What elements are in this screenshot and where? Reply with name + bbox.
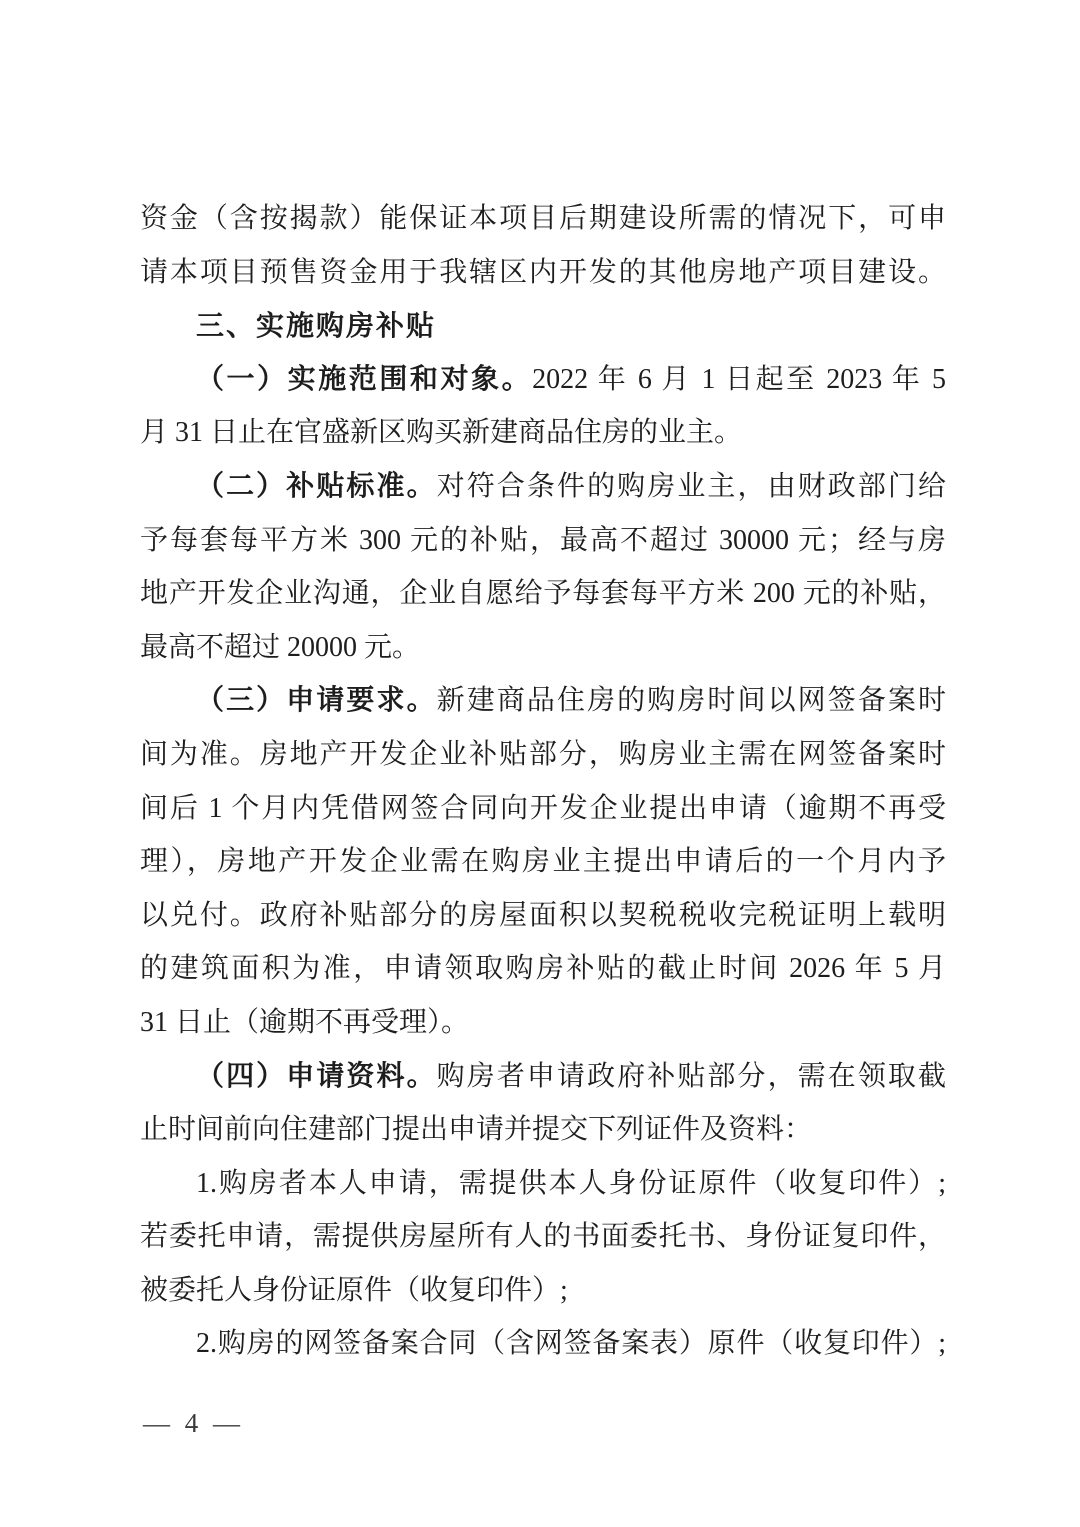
list-item: 2.购房的网签备案合同（含网签备案表）原件（收复印件）; <box>140 1317 946 1371</box>
subsection-label: （四）申请资料。 <box>196 1061 437 1092</box>
subsection-label: （三）申请要求。 <box>196 685 437 716</box>
section-heading: 三、实施购房补贴 <box>140 299 946 353</box>
text-segment: 间后 1 个月内凭借网签合同向开发企业提出申请（逾期不再受 <box>140 793 946 824</box>
text-segment: 最高不超过 20000 元。 <box>140 632 420 663</box>
text-line: （四）申请资料。购房者申请政府补贴部分，需在领取截 <box>140 1050 946 1104</box>
page-number: — 4 — <box>143 1408 244 1438</box>
text-segment: 理），房地产开发企业需在购房业主提出申请后的一个月内予 <box>140 846 946 877</box>
list-item: 1.购房者本人申请，需提供本人身份证原件（收复印件）; <box>140 1157 946 1211</box>
text-line: 止时间前向住建部门提出申请并提交下列证件及资料： <box>140 1103 946 1157</box>
text-segment: 对符合条件的购房业主，由财政部门给 <box>437 471 946 502</box>
text-segment: 地产开发企业沟通，企业自愿给予每套每平方米 200 元的补贴， <box>140 578 946 609</box>
document-page: 资金（含按揭款）能保证本项目后期建设所需的情况下，可申 请本项目预售资金用于我辖… <box>0 0 1080 1527</box>
text-segment: 新建商品住房的购房时间以网签备案时 <box>437 685 946 716</box>
text-segment: 的建筑面积为准，申请领取购房补贴的截止时间 2026 年 5 月 <box>140 953 946 984</box>
text-segment: 2022 年 6 月 1 日起至 2023 年 5 <box>532 364 946 395</box>
text-segment: 2.购房的网签备案合同（含网签备案表）原件（收复印件）; <box>196 1328 946 1359</box>
text-line: （二）补贴标准。对符合条件的购房业主，由财政部门给 <box>140 460 946 514</box>
text-line: 最高不超过 20000 元。 <box>140 621 946 675</box>
text-line: 予每套每平方米 300 元的补贴，最高不超过 30000 元；经与房 <box>140 514 946 568</box>
text-line: 资金（含按揭款）能保证本项目后期建设所需的情况下，可申 <box>140 192 946 246</box>
text-segment: 以兑付。政府补贴部分的房屋面积以契税税收完税证明上载明 <box>140 900 946 931</box>
text-segment: 若委托申请，需提供房屋所有人的书面委托书、身份证复印件， <box>140 1221 946 1252</box>
text-segment: 请本项目预售资金用于我辖区内开发的其他房地产项目建设。 <box>140 257 946 288</box>
text-line: 请本项目预售资金用于我辖区内开发的其他房地产项目建设。 <box>140 246 946 300</box>
text-line: 以兑付。政府补贴部分的房屋面积以契税税收完税证明上载明 <box>140 889 946 943</box>
text-segment: 被委托人身份证原件（收复印件）; <box>140 1275 568 1306</box>
text-segment: 购房者申请政府补贴部分，需在领取截 <box>437 1061 946 1092</box>
text-line: 间后 1 个月内凭借网签合同向开发企业提出申请（逾期不再受 <box>140 782 946 836</box>
page-footer: — 4 — <box>143 1408 244 1439</box>
text-line: 若委托申请，需提供房屋所有人的书面委托书、身份证复印件， <box>140 1210 946 1264</box>
text-line: 31 日止（逾期不再受理）。 <box>140 996 946 1050</box>
text-line: （一）实施范围和对象。2022 年 6 月 1 日起至 2023 年 5 <box>140 353 946 407</box>
subsection-label: （二）补贴标准。 <box>196 471 437 502</box>
text-line: 月 31 日止在官盛新区购买新建商品住房的业主。 <box>140 406 946 460</box>
text-segment: 予每套每平方米 300 元的补贴，最高不超过 30000 元；经与房 <box>140 525 946 556</box>
text-segment: 三、实施购房补贴 <box>196 310 436 341</box>
subsection-label: （一）实施范围和对象。 <box>196 364 532 395</box>
text-line: 间为准。房地产开发企业补贴部分，购房业主需在网签备案时 <box>140 728 946 782</box>
text-line: 的建筑面积为准，申请领取购房补贴的截止时间 2026 年 5 月 <box>140 942 946 996</box>
text-segment: 1.购房者本人申请，需提供本人身份证原件（收复印件）; <box>196 1168 946 1199</box>
text-segment: 资金（含按揭款）能保证本项目后期建设所需的情况下，可申 <box>140 203 946 234</box>
text-segment: 31 日止（逾期不再受理）。 <box>140 1007 469 1038</box>
text-line: （三）申请要求。新建商品住房的购房时间以网签备案时 <box>140 674 946 728</box>
text-line: 地产开发企业沟通，企业自愿给予每套每平方米 200 元的补贴， <box>140 567 946 621</box>
text-line: 被委托人身份证原件（收复印件）; <box>140 1264 946 1318</box>
document-body: 资金（含按揭款）能保证本项目后期建设所需的情况下，可申 请本项目预售资金用于我辖… <box>140 192 946 1371</box>
text-line: 理），房地产开发企业需在购房业主提出申请后的一个月内予 <box>140 835 946 889</box>
text-segment: 间为准。房地产开发企业补贴部分，购房业主需在网签备案时 <box>140 739 946 770</box>
text-segment: 月 31 日止在官盛新区购买新建商品住房的业主。 <box>140 417 742 448</box>
text-segment: 止时间前向住建部门提出申请并提交下列证件及资料： <box>140 1114 812 1145</box>
